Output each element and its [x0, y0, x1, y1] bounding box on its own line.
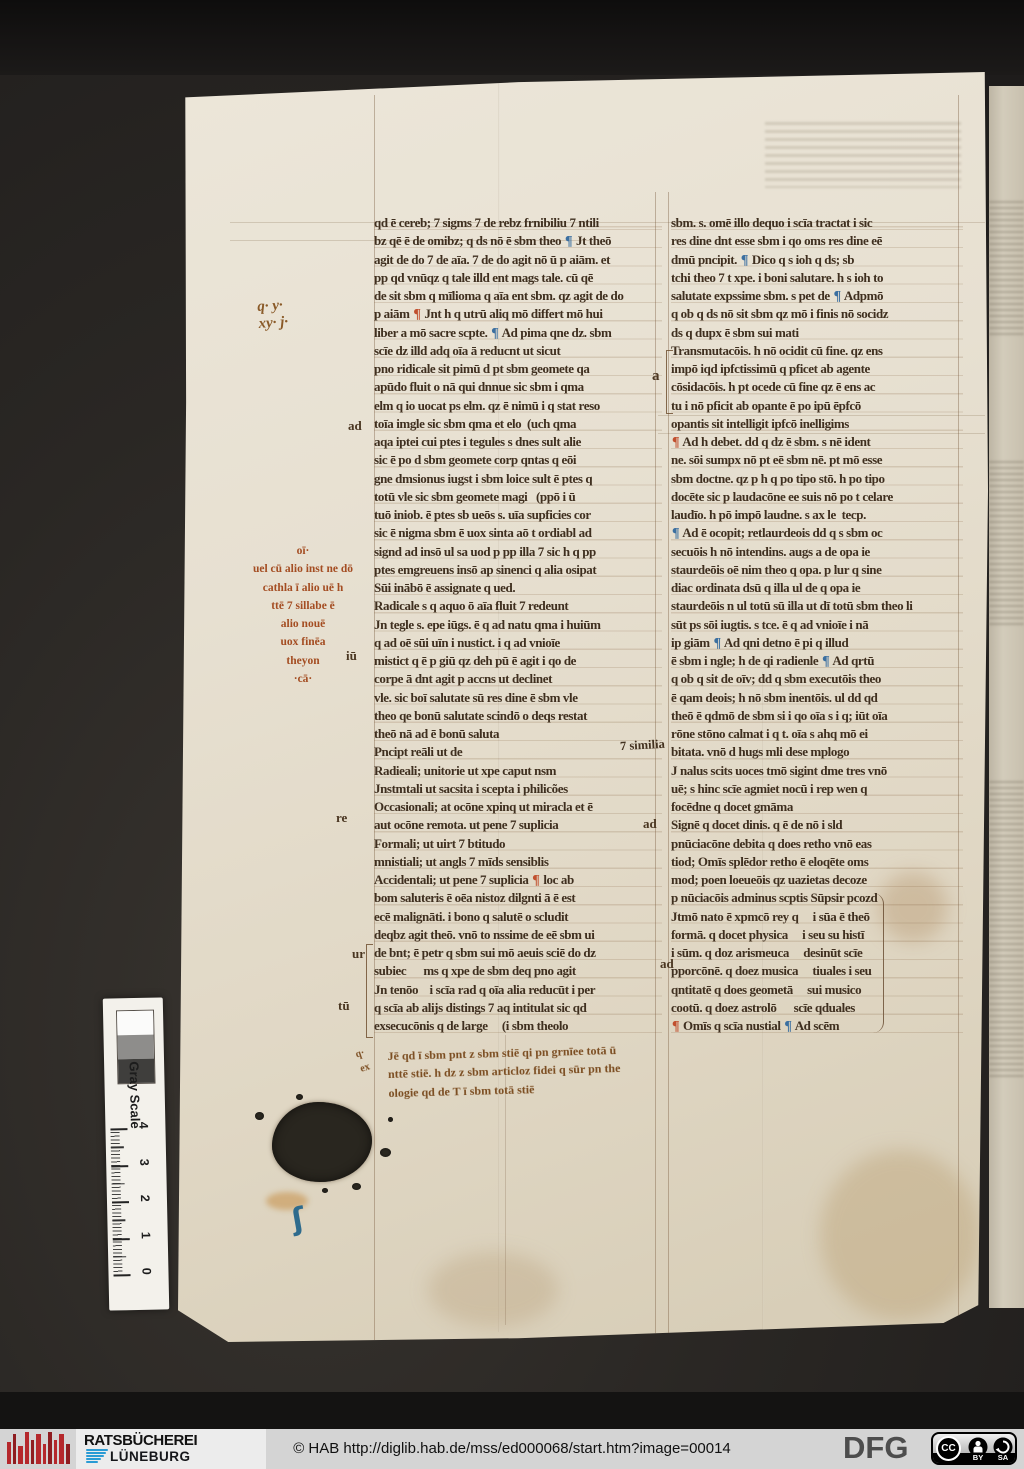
- ruler-number-0: 0: [139, 1268, 153, 1282]
- background-shadow-bottom: [0, 1392, 1024, 1429]
- margin-label-re: re: [336, 810, 347, 826]
- blue-pilcrow: ¶: [490, 326, 499, 341]
- bottom-note-sig: q· ex: [354, 1045, 372, 1076]
- quire-mark: q· y· xy· j·: [257, 297, 289, 333]
- gray-patch-mid: [118, 1035, 154, 1060]
- margin-label-ad: ad: [348, 418, 362, 434]
- blue-pilcrow: ¶: [783, 1019, 792, 1034]
- scan-viewer-page: q· y· xy· j· oī·uel cū alio inst ne dōca…: [0, 0, 1024, 1469]
- parchment-hole: [272, 1102, 372, 1182]
- text-column-right: sbm. s. omē illo dequo i scīa tractat i …: [671, 214, 963, 1038]
- manuscript-page: q· y· xy· j· oī·uel cū alio inst ne dōca…: [178, 72, 988, 1342]
- blue-pilcrow: ¶: [740, 253, 749, 268]
- footer-bar: RATSBÜCHEREI LÜNEBURG © HAB http://digli…: [0, 1429, 1024, 1469]
- similia-annotation: 7 similia: [620, 737, 666, 754]
- adjacent-page-ghost-text: [989, 781, 1024, 1081]
- parchment-hole-dot: [352, 1183, 361, 1190]
- parchment-hole-dot: [380, 1148, 391, 1157]
- photo-area: q· y· xy· j· oī·uel cū alio inst ne dōca…: [0, 0, 1024, 1429]
- blue-pilcrow: ¶: [564, 234, 573, 249]
- margin-label-tu: tū: [338, 998, 350, 1014]
- parchment-hole-dot: [296, 1094, 303, 1100]
- adjacent-page-ghost-text: [989, 461, 1024, 626]
- red-pilcrow: ¶: [671, 435, 680, 450]
- parchment-stain: [820, 1150, 980, 1320]
- ruler-number-1: 1: [139, 1231, 153, 1245]
- dfg-logo: DFG: [843, 1430, 908, 1466]
- blue-pilcrow: ¶: [671, 526, 680, 541]
- blue-pilcrow: ¶: [713, 636, 722, 651]
- bottom-margin-note: Jē qd ī sbm pnt z sbm stiē qi pn grnīee …: [387, 1041, 621, 1102]
- background-shadow-top: [0, 0, 1024, 75]
- margin-label-iu: iū: [346, 648, 357, 664]
- bleed-through-text: [765, 122, 961, 188]
- blue-pilcrow: ¶: [833, 289, 842, 304]
- ruler-number-2: 2: [138, 1195, 152, 1209]
- parchment-stain: [428, 1252, 558, 1327]
- gray-scale-label: Gray Scale: [104, 1061, 165, 1128]
- red-pilcrow: ¶: [671, 1019, 680, 1034]
- blue-ink-mark: ʃ: [289, 1201, 307, 1238]
- gray-patch-white: [117, 1011, 153, 1036]
- parchment-hole-dot: [388, 1117, 393, 1122]
- margin-bracket: [366, 944, 373, 1038]
- ruler-ticks: [110, 1128, 133, 1276]
- blue-pilcrow: ¶: [821, 654, 830, 669]
- gray-scale-ruler: Gray Scale 4 3 2 1 0: [103, 997, 170, 1310]
- red-pilcrow: ¶: [412, 307, 421, 322]
- adjacent-page-ghost-text: [989, 201, 1024, 336]
- margin-label-ur: ur: [352, 946, 365, 962]
- ruler-number-3: 3: [137, 1158, 151, 1172]
- cc-logo-icon: CC: [936, 1436, 961, 1461]
- cc-sa-label: SA: [993, 1453, 1013, 1463]
- cc-license-badge: CC BY SA: [931, 1432, 1017, 1465]
- text-column-left: qd ē cereb; 7 sigms 7 de rebz frnibiliu …: [374, 214, 662, 1038]
- cc-by-label: BY: [968, 1453, 988, 1463]
- parchment-hole-dot: [322, 1188, 328, 1193]
- ruler-number-4: 4: [136, 1122, 150, 1136]
- adjacent-page-edge: [989, 86, 1024, 1308]
- parchment-hole-dot: [255, 1112, 264, 1120]
- marginal-gloss: oī·uel cū alio inst ne dōcathla ī alio u…: [238, 542, 368, 688]
- red-pilcrow: ¶: [531, 873, 540, 888]
